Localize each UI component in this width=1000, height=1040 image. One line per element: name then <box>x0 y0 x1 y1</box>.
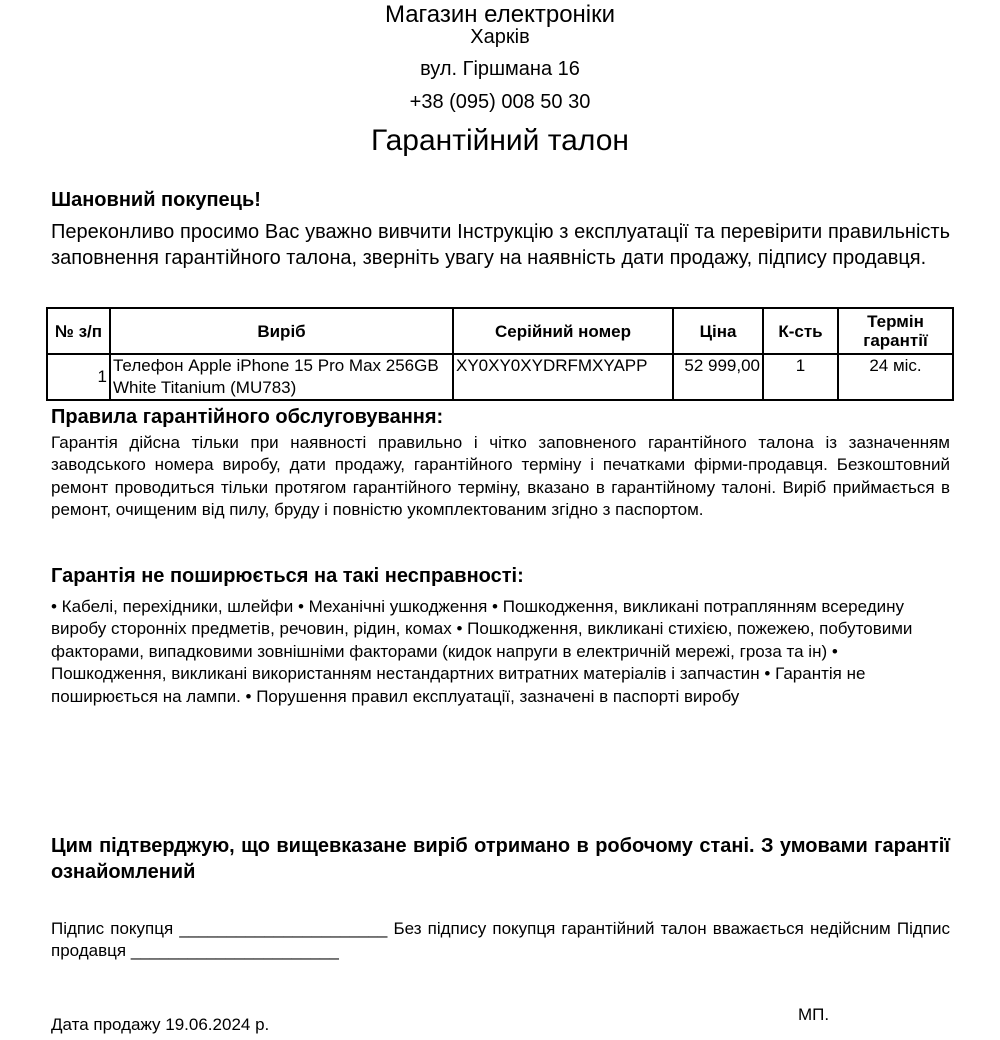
header-qty: К-сть <box>763 308 838 354</box>
cell-num: 1 <box>47 354 110 400</box>
confirmation-statement: Цим підтверджую, що вищевказане виріб от… <box>51 833 950 885</box>
header-serial: Серійний номер <box>453 308 673 354</box>
header-product: Виріб <box>110 308 453 354</box>
signature-note: Без підпису покупця гарантійний талон вв… <box>393 919 890 938</box>
buyer-signature-line: ______________________ <box>179 919 387 938</box>
exclusions-heading: Гарантія не поширюється на такі несправн… <box>51 564 524 588</box>
seller-signature-line: ______________________ <box>131 941 339 960</box>
cell-price: 52 999,00 <box>673 354 763 400</box>
cell-qty: 1 <box>763 354 838 400</box>
cell-term: 24 міс. <box>838 354 953 400</box>
items-table: № з/п Виріб Серійний номер Ціна К-сть Те… <box>46 307 954 401</box>
rules-heading: Правила гарантійного обслуговування: <box>51 405 443 429</box>
intro-paragraph: Переконливо просимо Вас уважно вивчити І… <box>51 219 950 271</box>
store-city: Харків <box>0 25 1000 49</box>
table-row: 1 Телефон Apple iPhone 15 Pro Max 256GB … <box>47 354 953 400</box>
greeting-heading: Шановний покупець! <box>51 188 261 212</box>
header-term: Термін гарантії <box>838 308 953 354</box>
header-price: Ціна <box>673 308 763 354</box>
cell-product: Телефон Apple iPhone 15 Pro Max 256GB Wh… <box>110 354 453 400</box>
rules-paragraph: Гарантія дійсна тільки при наявності пра… <box>51 432 950 522</box>
buyer-signature-label: Підпис покупця <box>51 919 173 938</box>
stamp-mark: МП. <box>798 1004 829 1026</box>
store-phone: +38 (095) 008 50 30 <box>0 90 1000 114</box>
sale-date: Дата продажу 19.06.2024 р. <box>51 1014 269 1036</box>
table-header-row: № з/п Виріб Серійний номер Ціна К-сть Те… <box>47 308 953 354</box>
signatures-block: Підпис покупця ______________________ Бе… <box>51 918 950 963</box>
store-address: вул. Гіршмана 16 <box>0 57 1000 81</box>
cell-serial: XY0XY0XYDRFMXYAPP <box>453 354 673 400</box>
exclusions-list: • Кабелі, перехідники, шлейфи • Механічн… <box>51 596 941 708</box>
header-num: № з/п <box>47 308 110 354</box>
document-title: Гарантійний талон <box>0 123 1000 159</box>
